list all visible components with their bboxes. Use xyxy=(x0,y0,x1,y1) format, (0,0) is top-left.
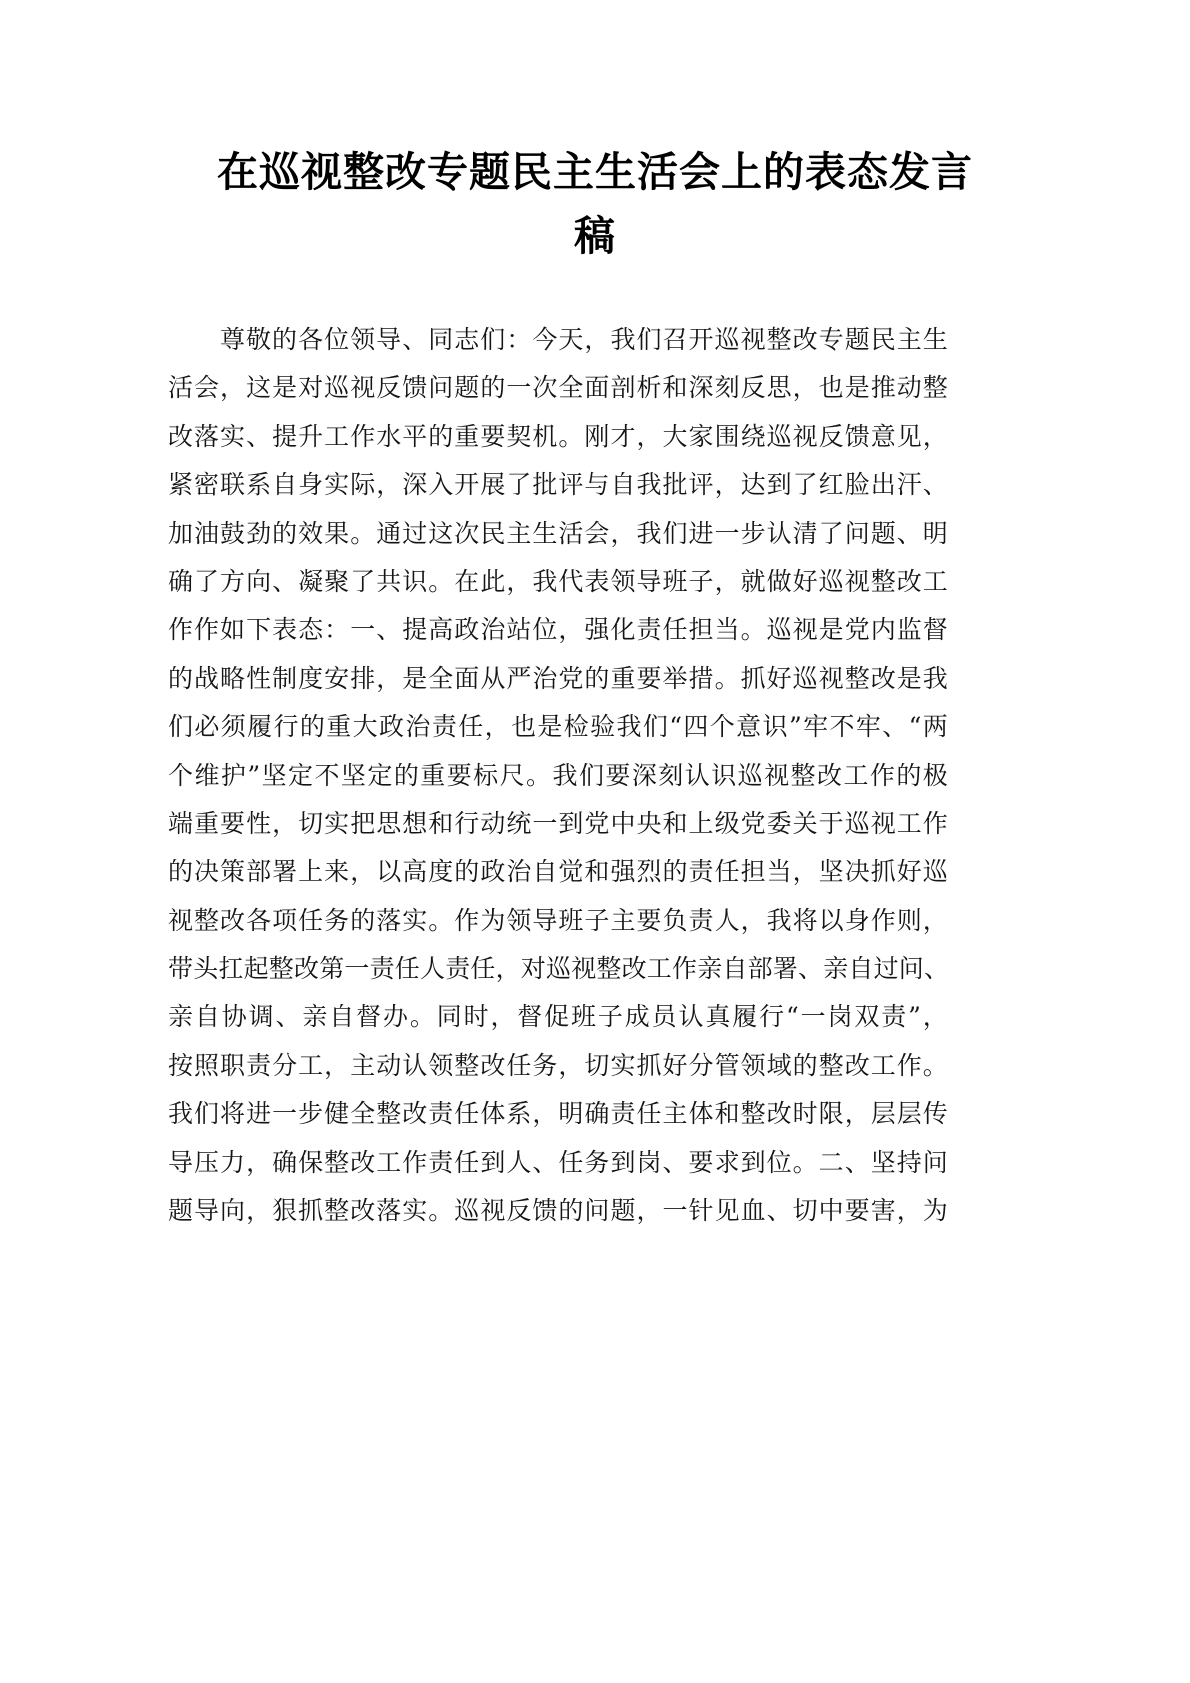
title-line-2: 稿 xyxy=(150,204,1040,268)
body-line: 我们将进一步健全整改责任体系，明确责任主体和整改时限，层层传 xyxy=(168,1090,948,1138)
body-line: 的决策部署上来，以高度的政治自觉和强烈的责任担当，坚决抓好巡 xyxy=(168,848,948,896)
document-body: 尊敬的各位领导、同志们：今天，我们召开巡视整改专题民主生 活会，这是对巡视反馈问… xyxy=(168,316,948,1235)
body-line: 的战略性制度安排，是全面从严治党的重要举措。抓好巡视整改是我 xyxy=(168,655,948,703)
body-line: 紧密联系自身实际，深入开展了批评与自我批评，达到了红脸出汗、 xyxy=(168,461,948,509)
body-line: 改落实、提升工作水平的重要契机。刚才，大家围绕巡视反馈意见， xyxy=(168,413,948,461)
document-title: 在巡视整改专题民主生活会上的表态发言 稿 xyxy=(150,140,1040,268)
body-line: 活会，这是对巡视反馈问题的一次全面剖析和深刻反思，也是推动整 xyxy=(168,364,948,412)
body-line: 视整改各项任务的落实。作为领导班子主要负责人，我将以身作则， xyxy=(168,897,948,945)
body-line: 端重要性，切实把思想和行动统一到党中央和上级党委关于巡视工作 xyxy=(168,800,948,848)
body-line: 们必须履行的重大政治责任，也是检验我们“四个意识”牢不牢、“两 xyxy=(168,703,948,751)
body-line: 尊敬的各位领导、同志们：今天，我们召开巡视整改专题民主生 xyxy=(168,316,948,364)
body-line: 亲自协调、亲自督办。同时，督促班子成员认真履行“一岗双责”， xyxy=(168,993,948,1041)
body-line: 个维护”坚定不坚定的重要标尺。我们要深刻认识巡视整改工作的极 xyxy=(168,752,948,800)
body-line: 作作如下表态：一、提高政治站位，强化责任担当。巡视是党内监督 xyxy=(168,606,948,654)
body-line: 导压力，确保整改工作责任到人、任务到岗、要求到位。二、坚持问 xyxy=(168,1139,948,1187)
document-page: 在巡视整改专题民主生活会上的表态发言 稿 尊敬的各位领导、同志们：今天，我们召开… xyxy=(0,0,1190,1683)
title-line-1: 在巡视整改专题民主生活会上的表态发言 xyxy=(150,140,1040,204)
body-line: 题导向，狠抓整改落实。巡视反馈的问题，一针见血、切中要害，为 xyxy=(168,1187,948,1235)
body-line: 带头扛起整改第一责任人责任，对巡视整改工作亲自部署、亲自过问、 xyxy=(168,945,948,993)
body-line: 确了方向、凝聚了共识。在此，我代表领导班子，就做好巡视整改工 xyxy=(168,558,948,606)
body-line: 加油鼓劲的效果。通过这次民主生活会，我们进一步认清了问题、明 xyxy=(168,510,948,558)
body-line: 按照职责分工，主动认领整改任务，切实抓好分管领域的整改工作。 xyxy=(168,1042,948,1090)
